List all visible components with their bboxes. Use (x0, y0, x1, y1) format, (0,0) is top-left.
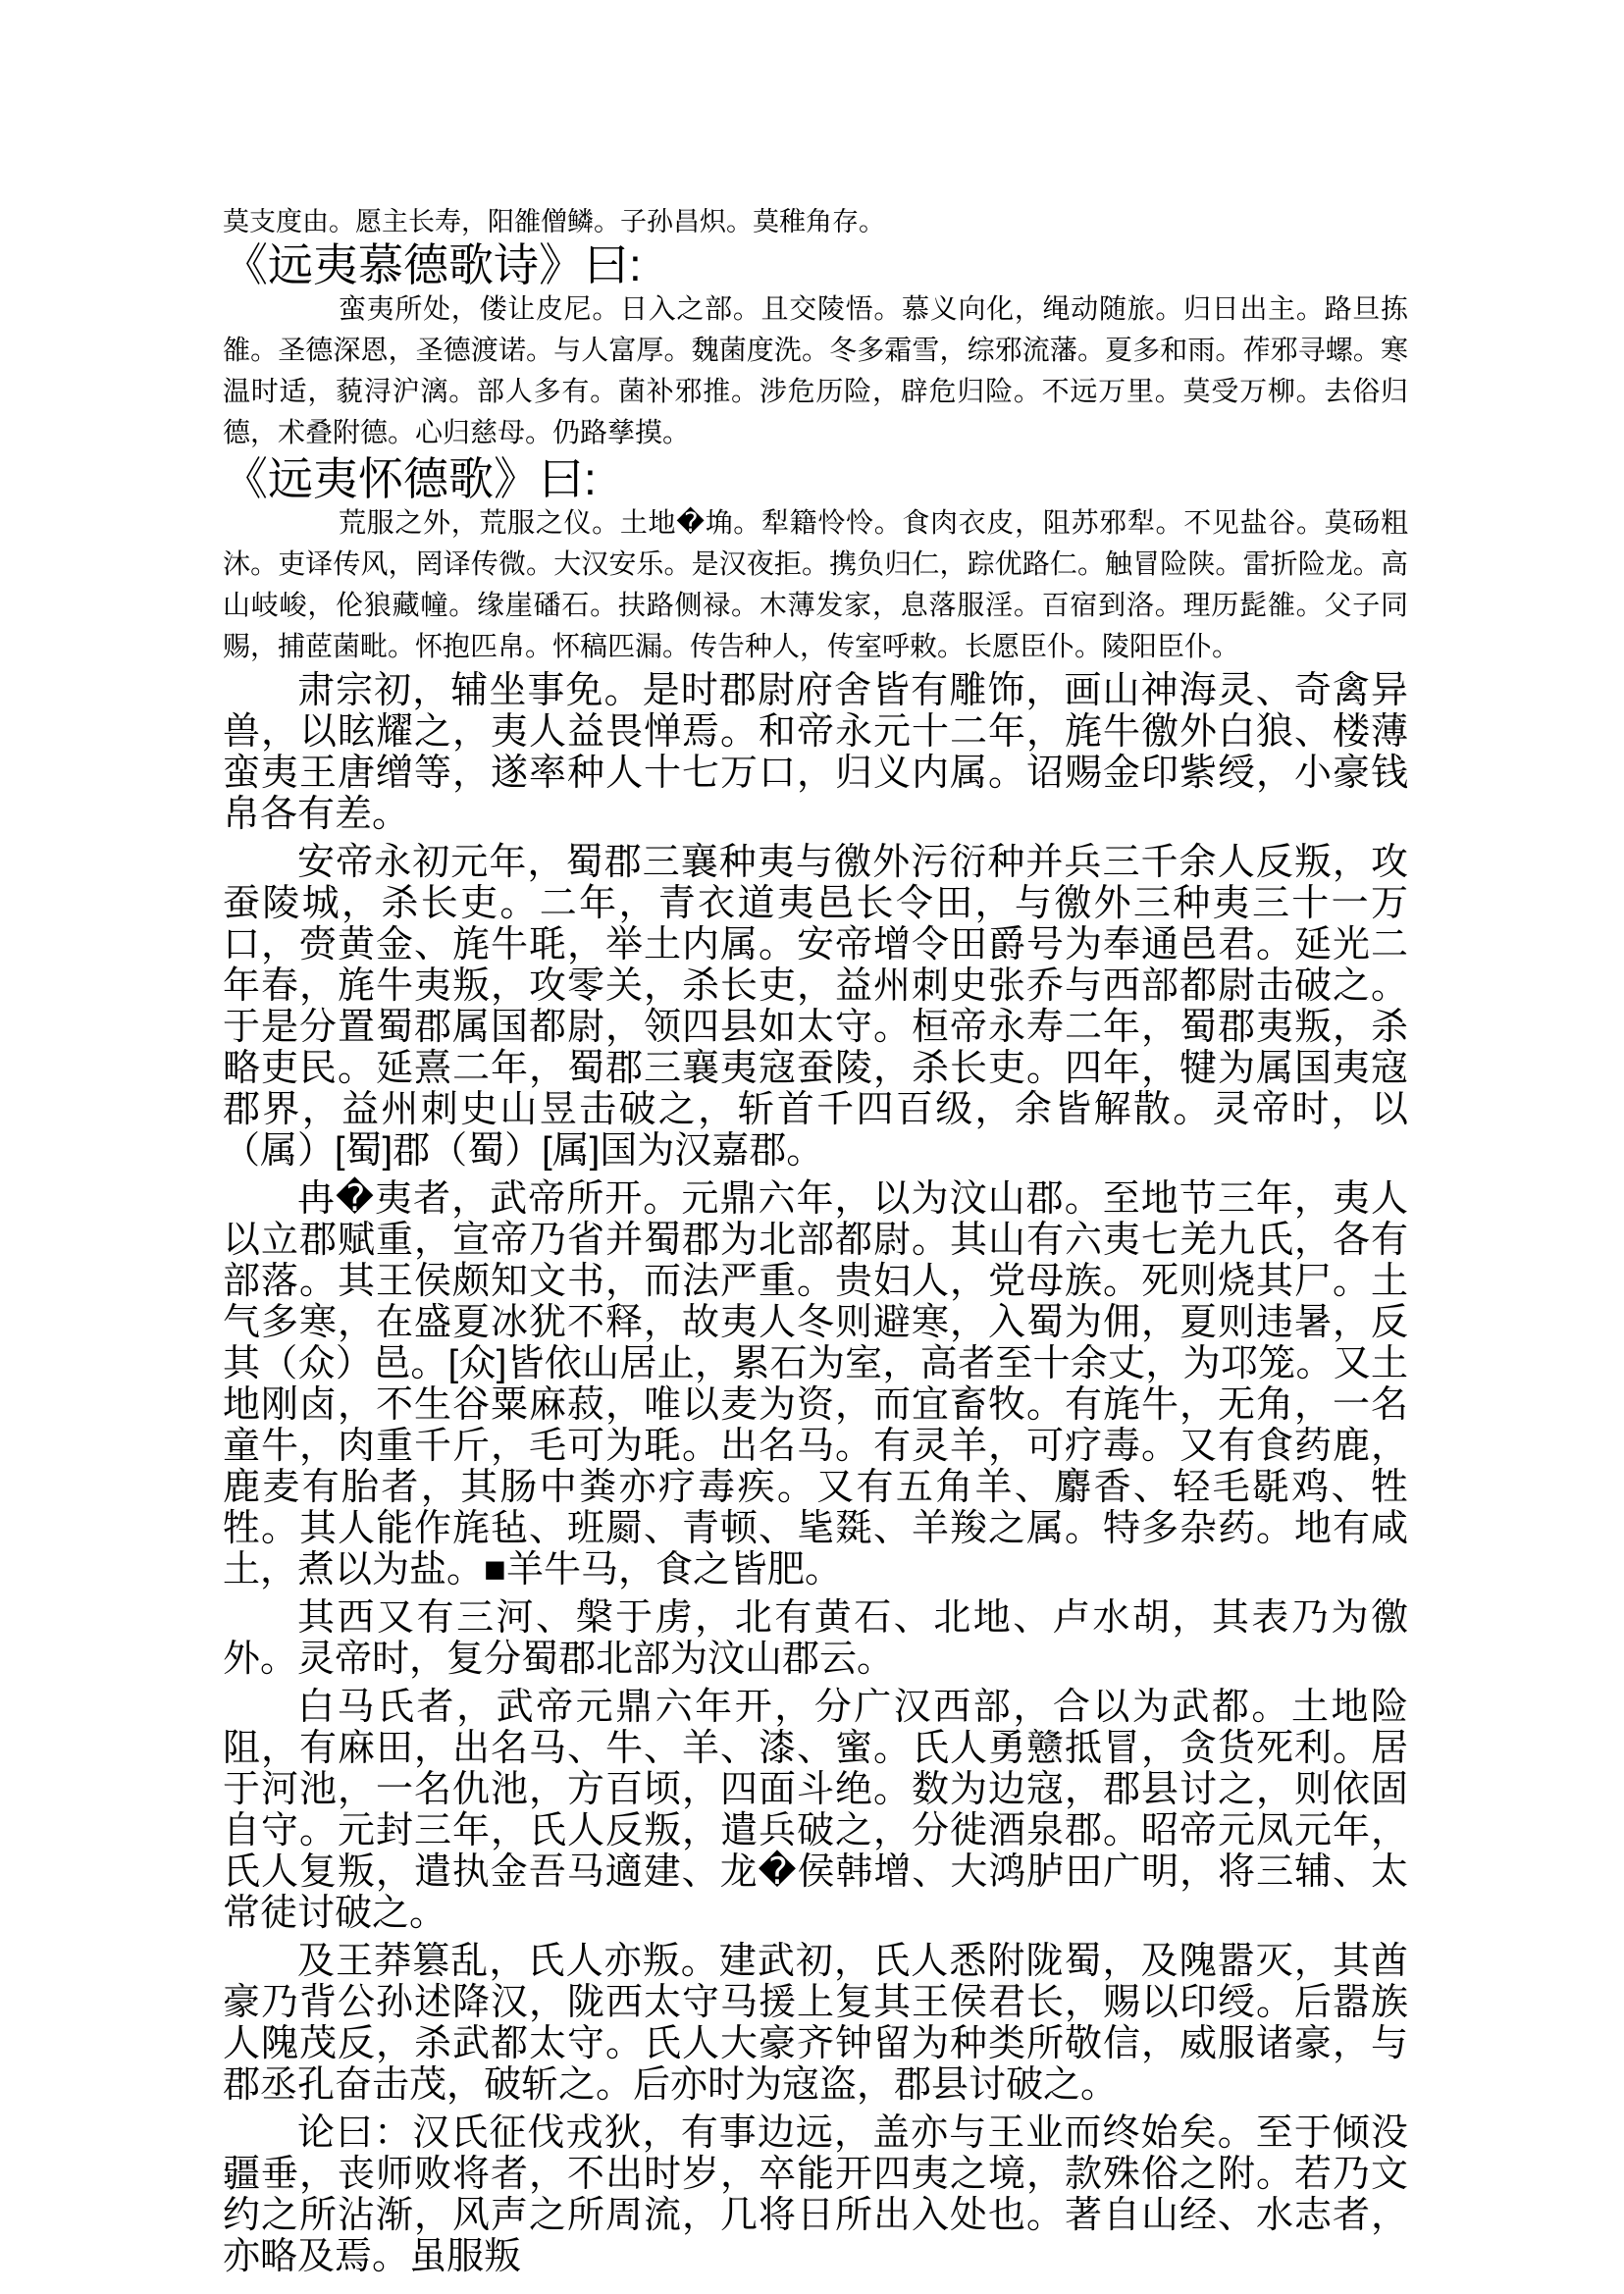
paragraph-baima: 白马氏者，武帝元鼎六年开，分广汉西部，合以为武都。土地险阻，有麻田，出名马、牛、… (223, 1687, 1408, 1934)
paragraph-wangmang: 及王莽篡乱，氏人亦叛。建武初，氏人悉附陇蜀，及隗嚣灭，其酋豪乃背公孙述降汉，陇西… (223, 1941, 1408, 2106)
song-heading-huaide: 《远夷怀德歌》曰: (223, 456, 1408, 501)
poem-mude-text: 蛮夷所处，偻让皮尼。日入之部。且交陵悟。慕义向化，绳动随旅。归日出主。路旦拣雒。… (223, 288, 1408, 453)
paragraph-ran-yi: 冉�夷者，武帝所开。元鼎六年，以为汶山郡。至地节三年，夷人以立郡赋重，宣帝乃省并… (223, 1178, 1408, 1590)
paragraph-lunyue: 论曰：汉氏征伐戎狄，有事边远，盖亦与王业而终始矣。至于倾没疆垂，丧师败将者，不出… (223, 2112, 1408, 2277)
poem-continuation-line: 莫支度由。愿主长寿，阳雒僧鳞。子孙昌炽。莫稚角存。 (223, 201, 1408, 242)
paragraph-qixi: 其西又有三河、槃于虏，北有黄石、北地、卢水胡，其表乃为徼外。灵帝时，复分蜀郡北部… (223, 1597, 1408, 1680)
paragraph-andi: 安帝永初元年，蜀郡三襄种夷与徼外污衍种并兵三千余人反叛，攻蚕陵城，杀长吏。二年，… (223, 842, 1408, 1172)
poem-huaide-text: 荒服之外，荒服之仪。土地�埆。犁籍怜怜。食肉衣皮，阻苏邪犁。不见盐谷。莫砀粗沐。… (223, 502, 1408, 667)
document-page: 莫支度由。愿主长寿，阳雒僧鳞。子孙昌炽。莫稚角存。 《远夷慕德歌诗》曰: 蛮夷所… (0, 0, 1624, 2294)
song-heading-mude: 《远夷慕德歌诗》曰: (223, 242, 1408, 287)
text-column: 莫支度由。愿主长寿，阳雒僧鳞。子孙昌炽。莫稚角存。 《远夷慕德歌诗》曰: 蛮夷所… (223, 201, 1408, 2284)
paragraph-suzong: 肃宗初，辅坐事免。是时郡尉府舍皆有雕饰，画山神海灵、奇禽异兽，以眩耀之，夷人益畏… (223, 670, 1408, 835)
